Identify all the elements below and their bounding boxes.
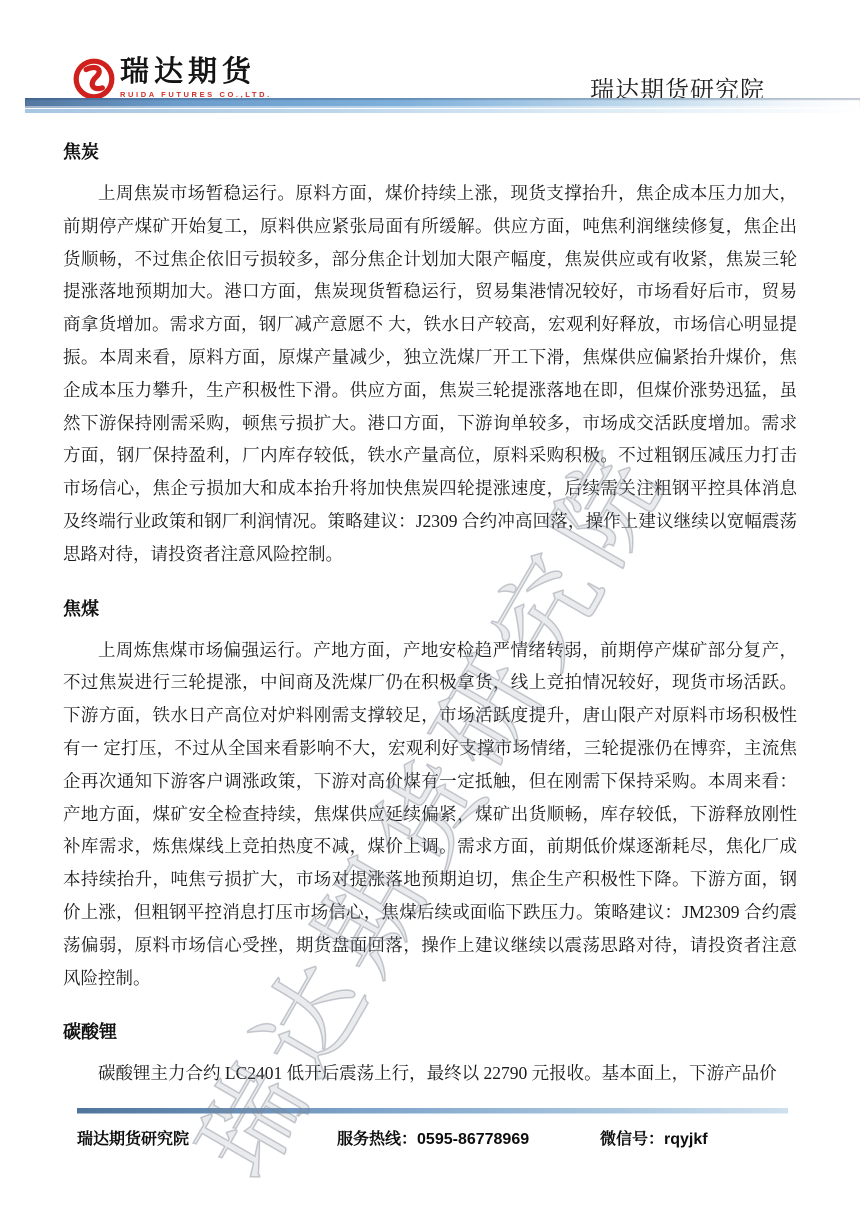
section-lithium-carbonate: 碳酸锂 碳酸锂主力合约 LC2401 低开后震荡上行，最终以 22790 元报收… xyxy=(63,1020,797,1090)
section-heading-coking-coal: 焦煤 xyxy=(63,597,797,622)
report-content: 焦炭 上周焦炭市场暂稳运行。原料方面，煤价持续上涨，现货支撑抬升，焦企成本压力加… xyxy=(63,130,797,1090)
footer-hotline-label: 服务热线： xyxy=(337,1131,417,1148)
header-divider-bar-highlight xyxy=(25,109,860,113)
footer-hotline: 服务热线：0595-86778969 xyxy=(337,1126,529,1149)
footer-wechat-id: rqyjkf xyxy=(664,1131,708,1148)
footer-hotline-number: 0595-86778969 xyxy=(417,1131,529,1148)
document-page: 瑞达期货 RUIDA FUTURES CO.,LTD. 瑞达期货研究院 瑞达期货… xyxy=(0,0,860,1217)
section-heading-lithium-carbonate: 碳酸锂 xyxy=(63,1020,797,1045)
section-body-coking-coal: 上周炼焦煤市场偏强运行。产地方面，产地安检趋严情绪转弱，前期停产煤矿部分复产，不… xyxy=(63,634,797,995)
footer-institute: 瑞达期货研究院 xyxy=(77,1126,189,1149)
brand-name: 瑞达期货 xyxy=(120,55,272,89)
header-divider-bar xyxy=(25,98,860,108)
footer-divider-bar xyxy=(77,1108,788,1114)
brand-emblem-icon xyxy=(72,57,116,101)
section-coking-coal: 焦煤 上周炼焦煤市场偏强运行。产地方面，产地安检趋严情绪转弱，前期停产煤矿部分复… xyxy=(63,597,797,995)
brand-text-block: 瑞达期货 RUIDA FUTURES CO.,LTD. xyxy=(120,55,272,99)
section-heading-coke: 焦炭 xyxy=(63,140,797,165)
section-body-coke: 上周焦炭市场暂稳运行。原料方面，煤价持续上涨，现货支撑抬升，焦企成本压力加大，前… xyxy=(63,177,797,571)
section-coke: 焦炭 上周焦炭市场暂稳运行。原料方面，煤价持续上涨，现货支撑抬升，焦企成本压力加… xyxy=(63,140,797,571)
footer-wechat: 微信号：rqyjkf xyxy=(600,1126,708,1149)
footer-wechat-label: 微信号： xyxy=(600,1131,664,1148)
brand-logo: 瑞达期货 RUIDA FUTURES CO.,LTD. xyxy=(72,55,272,101)
section-body-lithium-carbonate: 碳酸锂主力合约 LC2401 低开后震荡上行，最终以 22790 元报收。基本面… xyxy=(63,1057,797,1090)
